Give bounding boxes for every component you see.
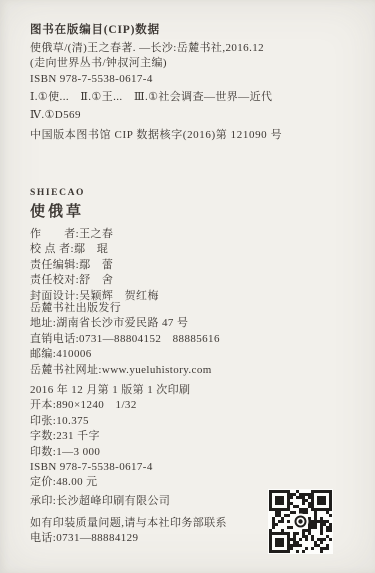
credit-label: 责任编辑:: [30, 259, 79, 271]
credit-value: 鄢 琨: [74, 243, 108, 255]
credit-value: 王之春: [79, 228, 113, 240]
credit-label: 校 点 者:: [30, 243, 74, 255]
cip-description: 使俄草/(清)王之春著. —长沙:岳麓书社,2016.12 (走向世界丛书/钟叔…: [30, 41, 264, 87]
printing-isbn: ISBN 978-7-5538-0617-4: [30, 460, 190, 475]
credit-row-collator: 校 点 者:鄢 琨: [30, 242, 159, 257]
publisher-name: 岳麓书社出版发行: [30, 301, 220, 316]
credit-value: 舒 舍: [79, 274, 113, 286]
credit-label: 封面设计:: [30, 290, 79, 302]
credit-row-author: 作 者:王之春: [30, 227, 159, 242]
credit-value: 鄢 蕾: [79, 259, 113, 271]
printing-format: 开本:890×1240 1/32: [30, 398, 190, 413]
credit-label: 作 者:: [30, 228, 79, 240]
cip-line-title: 使俄草/(清)王之春著. —长沙:岳麓书社,2016.12: [30, 41, 264, 56]
title-pinyin: SHIECAO: [30, 188, 85, 198]
cip-line-class-code: Ⅳ.①D569: [30, 107, 272, 125]
credit-row-editor: 责任编辑:鄢 蕾: [30, 258, 159, 273]
cip-registry: 中国版本图书馆 CIP 数据核字(2016)第 121090 号: [30, 126, 282, 142]
publisher-block: 岳麓书社出版发行 地址:湖南省长沙市爱民路 47 号 直销电话:0731—888…: [30, 301, 220, 378]
printing-block: 2016 年 12 月第 1 版第 1 次印刷 开本:890×1240 1/32…: [30, 383, 190, 491]
credit-value: 吴颖辉 贺红梅: [79, 290, 159, 302]
quality-notice-text: 如有印装质量问题,请与本社印务部联系: [30, 516, 227, 531]
cip-line-isbn: ISBN 978-7-5538-0617-4: [30, 72, 264, 87]
cip-classification: Ⅰ.①使... Ⅱ.①王... Ⅲ.①社会调查—世界—近代 Ⅳ.①D569: [30, 89, 272, 124]
qr-code: [268, 489, 333, 554]
printer-line: 承印:长沙超峰印刷有限公司: [30, 492, 170, 508]
printing-edition: 2016 年 12 月第 1 版第 1 次印刷: [30, 383, 190, 398]
printing-price: 定价:48.00 元: [30, 475, 190, 490]
quality-notice-phone: 电话:0731—88884129: [30, 531, 227, 546]
publisher-website: 岳麓书社网址:www.yueluhistory.com: [30, 363, 220, 378]
credit-row-proofreader: 责任校对:舒 舍: [30, 273, 159, 288]
publisher-postcode: 邮编:410006: [30, 347, 220, 362]
printing-wordcount: 字数:231 千字: [30, 429, 190, 444]
cip-header: 图书在版编目(CIP)数据: [30, 21, 160, 37]
cip-block-header: 图书在版编目(CIP)数据: [30, 21, 160, 37]
quality-notice: 如有印装质量问题,请与本社印务部联系 电话:0731—88884129: [30, 516, 227, 547]
publisher-address: 地址:湖南省长沙市爱民路 47 号: [30, 316, 220, 331]
printing-printrun: 印数:1—3 000: [30, 445, 190, 460]
credits-list: 作 者:王之春 校 点 者:鄢 琨 责任编辑:鄢 蕾 责任校对:舒 舍 封面设计…: [30, 227, 159, 304]
cip-line-series: (走向世界丛书/钟叔河主编): [30, 56, 264, 71]
book-title: 使俄草: [30, 200, 84, 221]
printing-sheets: 印张:10.375: [30, 414, 190, 429]
credit-label: 责任校对:: [30, 274, 79, 286]
cip-line-subjects: Ⅰ.①使... Ⅱ.①王... Ⅲ.①社会调查—世界—近代: [30, 89, 272, 107]
book-copyright-page: 图书在版编目(CIP)数据 使俄草/(清)王之春著. —长沙:岳麓书社,2016…: [0, 0, 375, 573]
publisher-phone: 直销电话:0731—88804152 88885616: [30, 332, 220, 347]
